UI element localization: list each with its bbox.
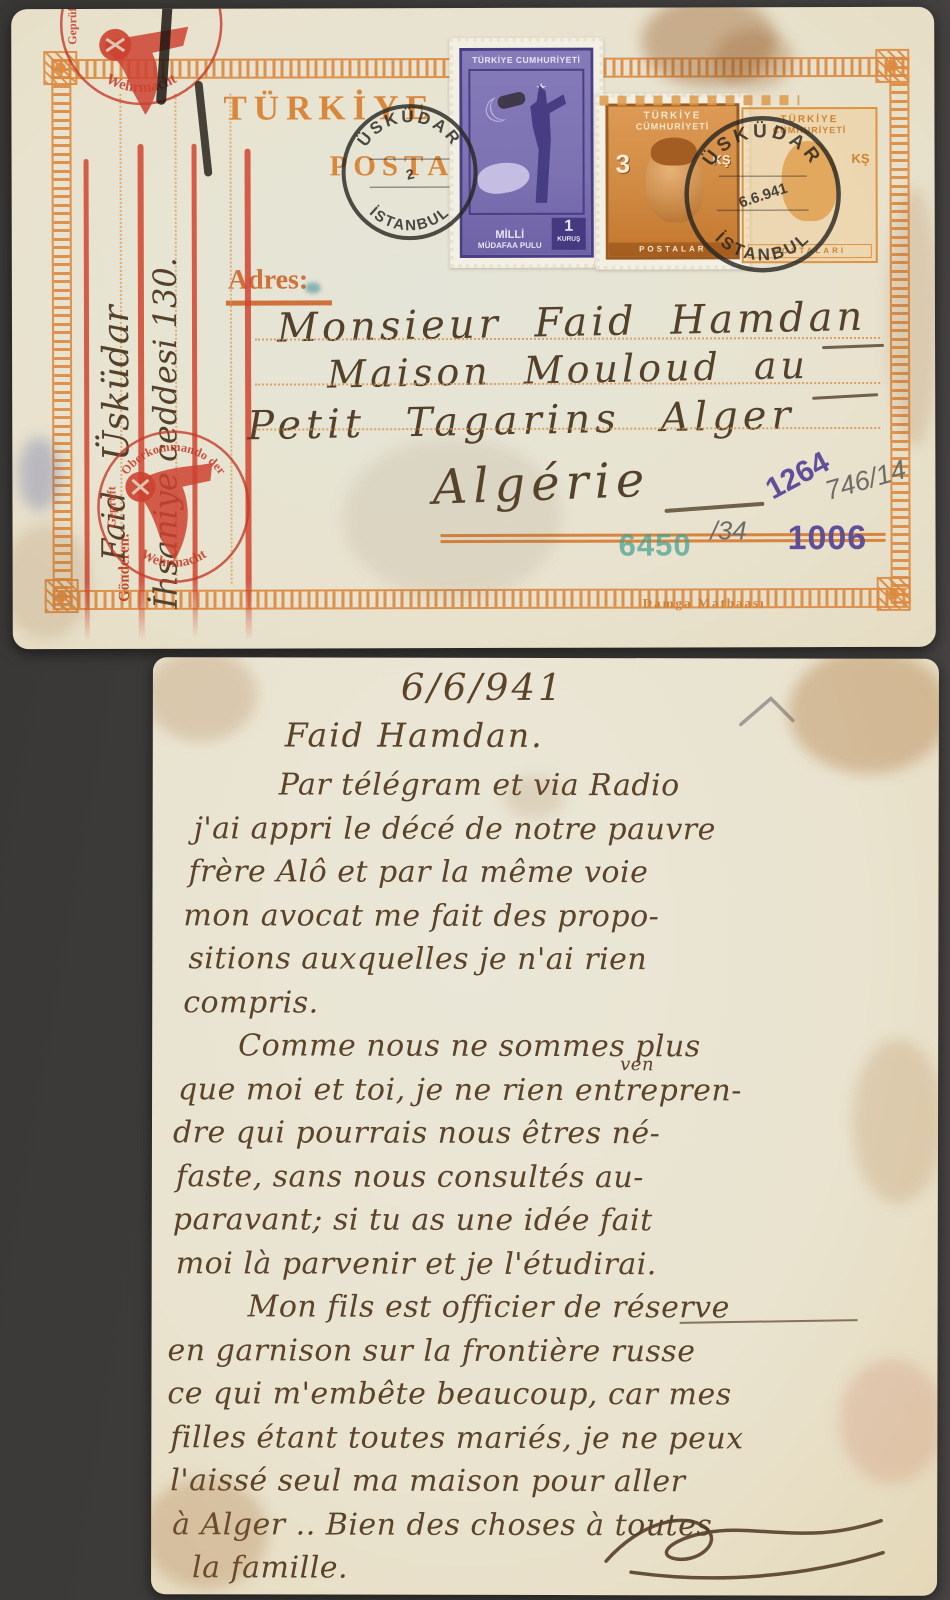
svg-text:ÜSKÜDAR: ÜSKÜDAR	[699, 121, 826, 170]
postmark-left: ÜSKÜDAR İSTANBUL 2	[324, 87, 494, 257]
letter-line: que moi et toi, je ne rien entrepren-	[178, 1068, 928, 1113]
address-line: Maison Mouloud au	[327, 343, 810, 397]
printer-imprint: Damga Matbaası	[643, 595, 766, 611]
letter-line: Par télégram et via Radio	[279, 763, 929, 808]
letter-line: sitions auxquelles je n'ai rien	[188, 937, 928, 982]
censor-mark-bottom: Oberkommando der Wehrmacht Geprüft	[80, 417, 265, 602]
letter-line: mon avocat me fait des propo-	[183, 894, 928, 939]
letter-line: compris.	[183, 981, 928, 1026]
letter-line: Comme nous ne sommes plus	[238, 1024, 928, 1069]
postmark-center: 6.6.941	[737, 180, 790, 212]
letter-line: j'ai appri le décé de notre pauvre	[194, 807, 929, 852]
letter-line: faste, sans nous consultés au-	[176, 1155, 928, 1200]
frame-corner-rosette	[45, 579, 79, 613]
frame-left	[51, 59, 72, 606]
stamp-value: 3	[616, 149, 631, 180]
pen-flourish	[664, 502, 764, 513]
stamp-country-text: TÜRKİYE CUMHURİYETİ	[462, 55, 590, 65]
postmark-town: ÜSKÜDAR	[699, 121, 826, 170]
frame-corner-rosette	[877, 577, 911, 611]
letter-line: dre qui pourrais nous êtres né-	[173, 1111, 928, 1156]
stain	[151, 657, 257, 741]
censor-side-text: Geprüft	[65, 7, 79, 45]
letter-line: frère Alô et par la même voie	[188, 850, 928, 895]
signature	[601, 1506, 891, 1587]
stain	[789, 657, 939, 774]
letter-line: ce qui m'embête beaucoup, car mes	[167, 1372, 927, 1417]
address-line: Algérie	[431, 452, 651, 516]
scanned-photo: TÜRKİYE C POSTA Adres: Gönderen: Üsküdar…	[0, 0, 950, 1600]
pencil-check	[735, 692, 799, 734]
letter-line: en garnison sur la frontière russe	[167, 1329, 927, 1374]
postmark-right: ÜSKÜDAR İSTANBUL 6.6.941	[666, 98, 859, 291]
pen-flourish	[822, 344, 884, 349]
pen-flourish	[812, 393, 878, 400]
stamp-value: 1	[552, 218, 586, 236]
censor-side-text: Geprüft	[104, 486, 118, 527]
postmark-center: 2	[404, 165, 416, 182]
pencil-note: /34	[710, 515, 746, 546]
registry-handstamp: 1006	[788, 519, 868, 558]
letter-line: Mon fils est officier de réserve	[248, 1285, 928, 1330]
letter-salutation: Faid Hamdan.	[285, 713, 544, 757]
postmark-town: ÜSKÜDAR	[353, 107, 465, 150]
letter-body: Par télégram et via Radio j'ai appri le …	[167, 763, 929, 1591]
letter-line: moi là parvenir et je l'étudirai.	[176, 1242, 928, 1287]
letter-line: paravant; si tu as une idée fait	[173, 1198, 928, 1243]
censor-mark-top: Wehrmacht Geprüft	[36, 7, 247, 124]
postcard-front: TÜRKİYE C POSTA Adres: Gönderen: Üsküdar…	[11, 7, 936, 649]
stamp-unit: KURUŞ	[552, 236, 586, 243]
svg-text:ÜSKÜDAR: ÜSKÜDAR	[353, 107, 465, 150]
inserted-word: ven	[620, 1056, 654, 1074]
censor-eagle	[125, 463, 212, 561]
frame-right	[889, 57, 910, 604]
sender-district-handwriting: Üsküdar	[96, 149, 138, 461]
letter-line: filles étant toutes mariés, je ne peux	[170, 1416, 927, 1461]
letter-line: l'aissé seul ma maison pour aller	[170, 1459, 927, 1504]
frame-corner-rosette	[875, 49, 909, 83]
postcard-back: 6/6/941 Faid Hamdan. Par télégram et via…	[151, 657, 939, 1596]
adres-label: Adres:	[228, 264, 308, 296]
letter-date: 6/6/941	[401, 666, 565, 710]
address-line: Petit Tagarins Alger	[247, 392, 796, 449]
registry-handstamp: 6450	[619, 527, 692, 563]
censor-eagle	[99, 27, 188, 115]
